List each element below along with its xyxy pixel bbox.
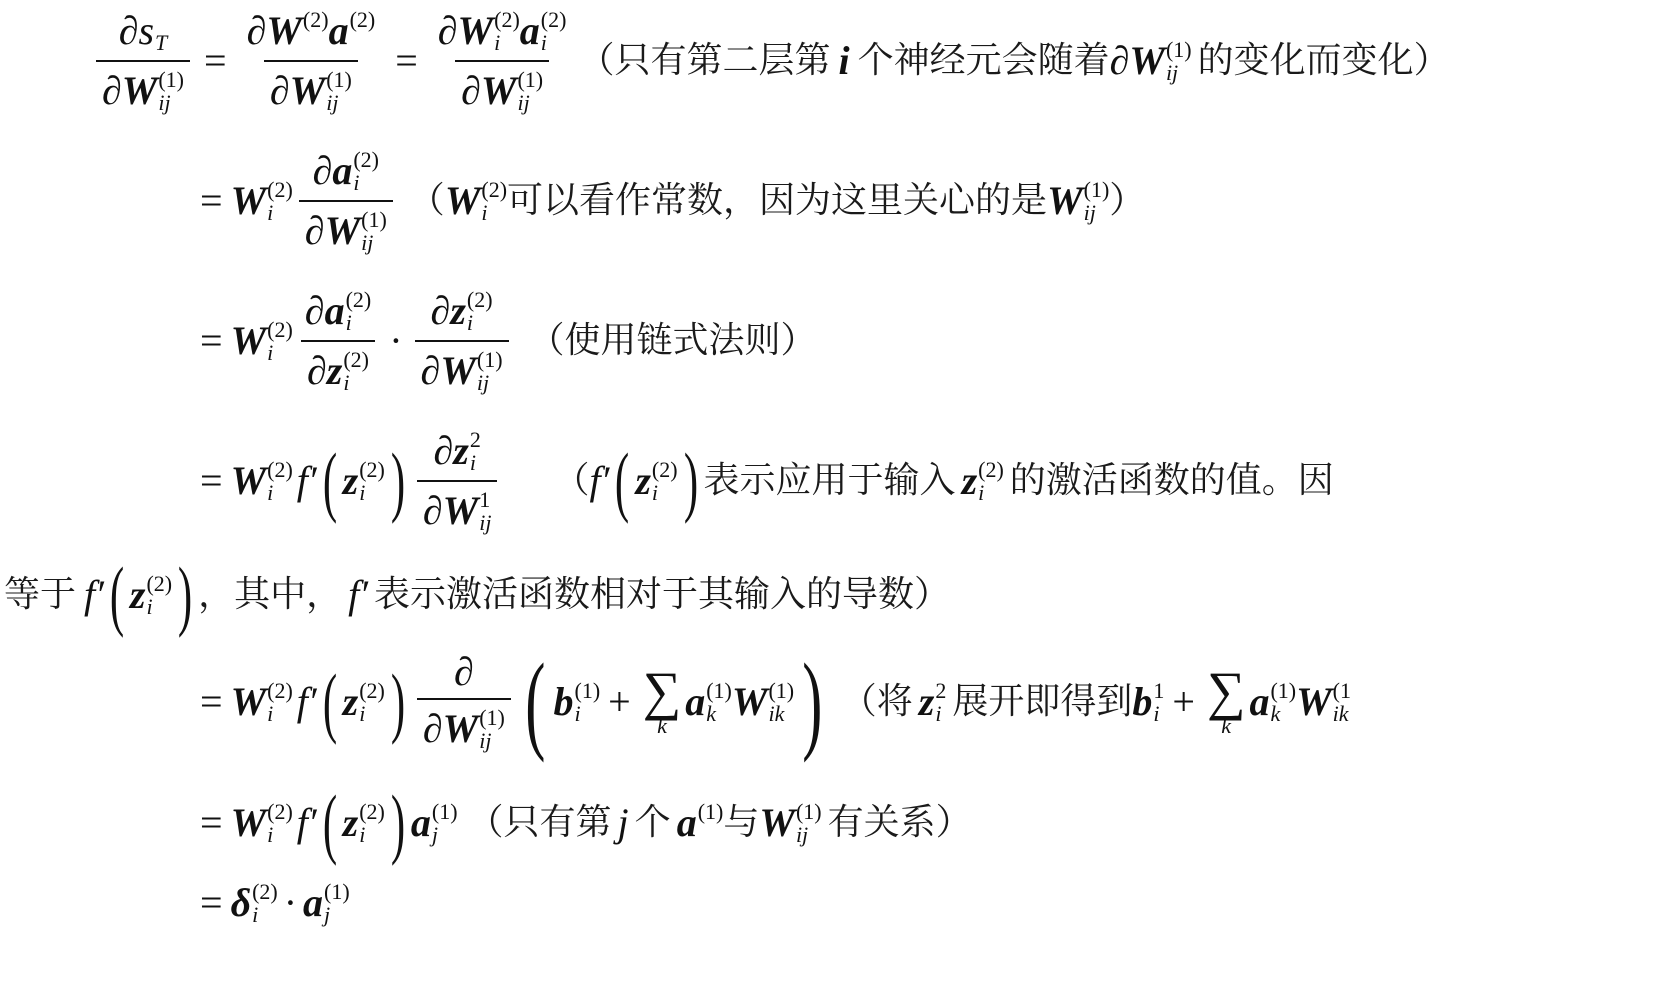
partial-symbol: ∂ <box>454 652 474 692</box>
sub: ij <box>479 729 505 752</box>
fraction-dai-dzi: ∂a(2)i ∂z(2)i <box>299 288 377 394</box>
sigma-icon: ∑ <box>643 667 682 716</box>
sub: j <box>324 903 350 926</box>
equation-line-7: = W(2)i f′ ( z(2)i ) a(1)j （只有第 j 个 a(1)… <box>192 788 972 858</box>
sup: (1) <box>432 800 458 823</box>
fraction-dai-dW: ∂a(2)i ∂W(1)ij <box>299 148 393 254</box>
sup: (1) <box>706 679 732 702</box>
fraction-dWiai-dW: ∂W(2)ia(2)i ∂W(1)ij <box>432 8 573 114</box>
sup: (2) <box>146 572 172 595</box>
sup: (1) <box>1084 178 1110 201</box>
var-ds: ∂s <box>119 11 154 51</box>
equals-sign: = <box>200 883 223 923</box>
right-paren: ) <box>391 446 405 516</box>
equals-sign: = <box>395 41 418 81</box>
var-fprime: f′ <box>297 803 317 843</box>
sup: (1) <box>1270 679 1296 702</box>
sub-T: T <box>155 31 167 54</box>
right-paren: ) <box>178 560 192 630</box>
equation-line-5: 等于 f′ ( z(2)i ) ，其中， f′ 表示激活函数相对于其输入的导数） <box>4 560 950 630</box>
equals-sign: = <box>200 461 223 501</box>
sub: ik <box>768 702 794 725</box>
comment-text: 表示应用于输入 <box>704 463 956 499</box>
comment-text: 展开即得到 <box>952 684 1132 720</box>
var-da: ∂a <box>313 151 353 191</box>
sub: ij <box>796 823 822 846</box>
sup: (1) <box>361 208 387 231</box>
sub: i <box>467 311 493 334</box>
left-paren: ( <box>323 788 337 858</box>
sup: (2) <box>252 880 278 903</box>
sup: (1) <box>158 68 184 91</box>
sup: (2) <box>267 318 293 341</box>
var-a: a <box>1249 682 1269 722</box>
sup: (2) <box>267 679 293 702</box>
equals-sign: = <box>200 803 223 843</box>
sup: (2) <box>467 288 493 311</box>
sub: i <box>353 171 379 194</box>
var-a: a <box>329 11 349 51</box>
comment-text: 可以看作常数，因为这里关心的是 <box>507 183 1047 219</box>
sup: 2 <box>935 679 946 702</box>
plus-sign: + <box>1172 682 1195 722</box>
sup: (1 <box>1333 679 1351 702</box>
var-a: a <box>677 803 697 843</box>
sub: i <box>343 371 369 394</box>
sub: ij <box>479 511 491 534</box>
sub: ij <box>1166 61 1192 84</box>
sup: (1) <box>477 348 503 371</box>
var-z: z <box>343 803 359 843</box>
var-W: W <box>445 181 481 221</box>
sub: i <box>267 341 293 364</box>
var-W: W <box>231 803 267 843</box>
equals-sign: = <box>200 181 223 221</box>
sigma-icon: ∑ <box>1207 667 1246 716</box>
var-a: a <box>520 11 540 51</box>
sup: (1) <box>698 800 724 823</box>
var-a: a <box>685 682 705 722</box>
comment-text: 个神经元会随着 <box>858 43 1110 79</box>
multiply-dot: · <box>389 321 402 361</box>
sup: (2) <box>359 458 385 481</box>
var-z: z <box>130 575 146 615</box>
sum-index: k <box>657 715 667 737</box>
sup: (1) <box>326 68 352 91</box>
sub: i <box>481 201 507 224</box>
comment-text: 的激活函数的值。因 <box>1010 463 1334 499</box>
var-fprime: f′ <box>84 575 104 615</box>
comment-text: 表示激活函数相对于其输入的导数） <box>374 577 950 613</box>
sub: ij <box>517 91 543 114</box>
right-paren: ) <box>802 653 822 752</box>
fraction-dWa-dW: ∂W(2) a(2) ∂W(1)ij <box>241 8 382 114</box>
var-a: a <box>411 803 431 843</box>
sup: (2) <box>303 8 329 31</box>
var-j: j <box>618 803 629 843</box>
var-dW: ∂W <box>270 71 325 111</box>
var-W: W <box>759 803 795 843</box>
left-paren: ( <box>323 667 337 737</box>
sup: (2) <box>267 458 293 481</box>
sub: i <box>267 702 293 725</box>
comment-text: ，其中， <box>198 577 342 613</box>
sub: j <box>432 823 458 846</box>
sub: i <box>359 823 385 846</box>
var-W: W <box>231 321 267 361</box>
comment-text: 有关系） <box>828 805 972 841</box>
var-fprime: f′ <box>589 461 609 501</box>
comment-text: （ <box>409 183 445 219</box>
sup: (2) <box>267 178 293 201</box>
sup: 1 <box>1153 679 1164 702</box>
sub: i <box>252 903 278 926</box>
left-paren: ( <box>615 446 629 516</box>
var-dW: ∂W <box>438 11 493 51</box>
sub: ij <box>361 231 387 254</box>
left-paren: ( <box>323 446 337 516</box>
var-fprime: f′ <box>348 575 368 615</box>
left-paren: ( <box>110 560 124 630</box>
sub: ij <box>158 91 184 114</box>
equals-sign: = <box>200 682 223 722</box>
sub: i <box>346 311 372 334</box>
sup: (1) <box>1166 38 1192 61</box>
comment-text: 与 <box>723 805 759 841</box>
fraction-dzi-dW: ∂z2i ∂W1ij <box>417 428 498 534</box>
comment-text: ） <box>1109 183 1145 219</box>
var-dW: ∂W <box>1110 41 1165 81</box>
sup: (2) <box>343 348 369 371</box>
sup: (2) <box>978 458 1004 481</box>
var-dW: ∂W <box>102 71 157 111</box>
plus-sign: + <box>608 682 631 722</box>
var-b: b <box>554 682 574 722</box>
sup: (2) <box>353 148 379 171</box>
var-dW: ∂W <box>423 709 478 749</box>
var-dW: ∂W <box>247 11 302 51</box>
sup: (2) <box>359 800 385 823</box>
sum-index: k <box>1221 715 1231 737</box>
sup: (2) <box>359 679 385 702</box>
equation-line-6: = W(2)i f′ ( z(2)i ) ∂ ∂W(1)ij ( b(1)i +… <box>192 652 1351 752</box>
sup: 2 <box>470 428 481 451</box>
var-dW: ∂W <box>305 211 360 251</box>
sup: (2) <box>481 178 507 201</box>
sup: (2) <box>267 800 293 823</box>
equals-sign: = <box>204 41 227 81</box>
sup: (1) <box>324 880 350 903</box>
var-z: z <box>343 461 359 501</box>
sup: (1) <box>796 800 822 823</box>
sub: i <box>1153 702 1164 725</box>
var-delta: δ <box>231 883 252 923</box>
var-z: z <box>635 461 651 501</box>
var-W: W <box>231 461 267 501</box>
equals-sign: = <box>200 321 223 361</box>
sub: i <box>541 31 567 54</box>
equation-line-1: ∂s T ∂W(1)ij = ∂W(2) a(2) ∂W(1)ij = ∂W(2… <box>90 8 1450 114</box>
sub: i <box>267 481 293 504</box>
sub: i <box>978 481 1004 504</box>
sup: (2) <box>541 8 567 31</box>
comment-text: （将 <box>841 684 913 720</box>
right-paren: ) <box>683 446 697 516</box>
var-W: W <box>1047 181 1083 221</box>
comment-text: 个 <box>635 805 671 841</box>
sup: (2) <box>346 288 372 311</box>
var-dW: ∂W <box>461 71 516 111</box>
right-paren: ) <box>391 667 405 737</box>
sup: (1) <box>517 68 543 91</box>
var-fprime: f′ <box>297 682 317 722</box>
sup: 1 <box>479 488 491 511</box>
sub: i <box>935 702 946 725</box>
var-dW: ∂W <box>421 351 476 391</box>
var-dz: ∂z <box>307 351 342 391</box>
fraction-d-dW: ∂ ∂W(1)ij <box>417 652 511 752</box>
comment-text: 等于 <box>4 577 76 613</box>
comment-text: （只有第二层第 <box>578 43 830 79</box>
equation-line-8: = δ(2)i · a(1)j <box>192 880 350 926</box>
var-W: W <box>732 682 768 722</box>
equation-line-2: = W(2)i ∂a(2)i ∂W(1)ij （ W(2)i 可以看作常数，因为… <box>192 148 1145 254</box>
right-paren: ) <box>391 788 405 858</box>
sub: i <box>494 31 520 54</box>
sup: (2) <box>494 8 520 31</box>
sup: (1) <box>768 679 794 702</box>
var-i: i <box>838 41 849 81</box>
comment-text: （使用链式法则） <box>529 323 817 359</box>
var-fprime: f′ <box>297 461 317 501</box>
sup: (2) <box>350 8 376 31</box>
sub: i <box>267 823 293 846</box>
summation: ∑k <box>643 667 682 738</box>
sub: k <box>1270 702 1296 725</box>
sub: ij <box>1084 201 1110 224</box>
equation-line-4: = W(2)i f′ ( z(2)i ) ∂z2i ∂W1ij （ f′ ( z… <box>192 428 1334 534</box>
fraction-dzi-dW: ∂z(2)i ∂W(1)ij <box>415 288 509 394</box>
multiply-dot: · <box>284 883 297 923</box>
sub: i <box>359 481 385 504</box>
sub: i <box>652 481 678 504</box>
sub: i <box>359 702 385 725</box>
var-z: z <box>343 682 359 722</box>
sub: i <box>470 451 481 474</box>
var-b: b <box>1132 682 1152 722</box>
sub: ij <box>477 371 503 394</box>
var-W: W <box>231 181 267 221</box>
sub: i <box>575 702 601 725</box>
comment-text: 的变化而变化） <box>1198 43 1450 79</box>
comment-text: （只有第 <box>468 805 612 841</box>
sub: k <box>706 702 732 725</box>
sup: (2) <box>652 458 678 481</box>
sup: (1) <box>575 679 601 702</box>
var-da: ∂a <box>305 291 345 331</box>
sub: ik <box>1333 702 1351 725</box>
var-W: W <box>231 682 267 722</box>
sup: (1) <box>479 706 505 729</box>
var-z: z <box>919 682 935 722</box>
summation: ∑k <box>1207 667 1246 738</box>
var-dW: ∂W <box>423 491 478 531</box>
fraction-dsT-dW: ∂s T ∂W(1)ij <box>96 8 190 114</box>
comment-text: （ <box>553 463 589 499</box>
sub: ij <box>326 91 352 114</box>
equation-line-3: = W(2)i ∂a(2)i ∂z(2)i · ∂z(2)i ∂W(1)ij （… <box>192 288 817 394</box>
var-z: z <box>962 461 978 501</box>
var-dz: ∂z <box>433 431 468 471</box>
left-paren: ( <box>525 653 545 752</box>
sub: i <box>267 201 293 224</box>
sub: i <box>146 595 172 618</box>
var-dz: ∂z <box>431 291 466 331</box>
var-a: a <box>303 883 323 923</box>
var-W: W <box>1296 682 1332 722</box>
